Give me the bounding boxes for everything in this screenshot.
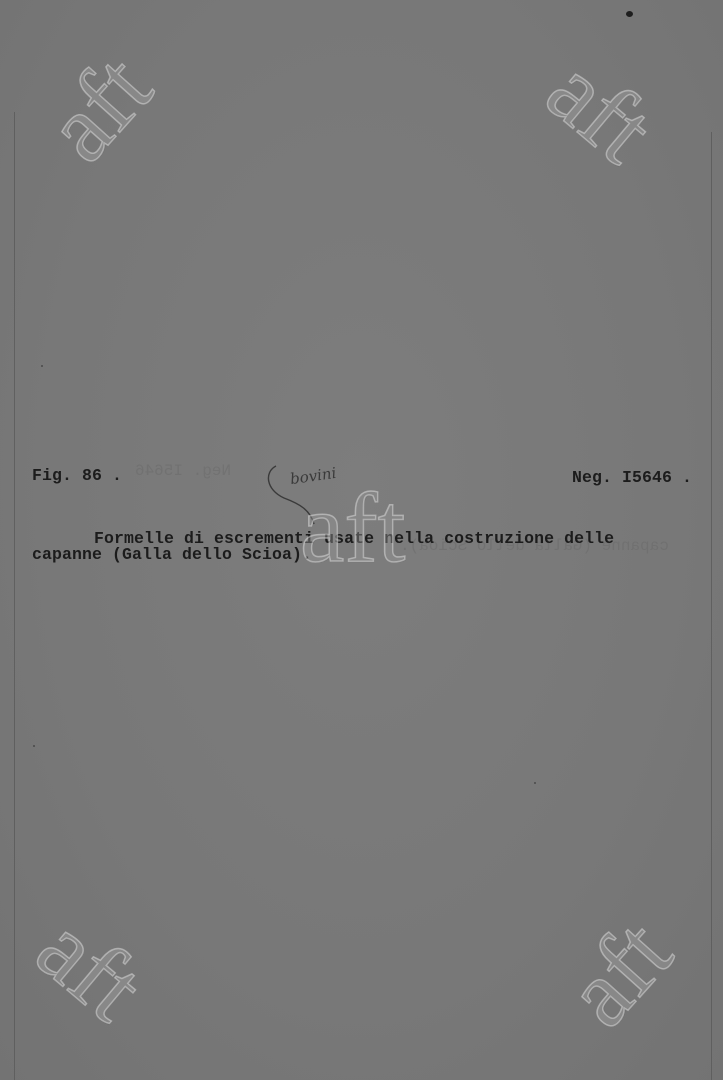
figure-label: Fig. 86 .: [32, 466, 122, 485]
right-card-edge: [711, 132, 712, 1080]
dust-speck: [33, 745, 35, 747]
dust-speck: [534, 782, 536, 784]
watermark: aft: [531, 41, 670, 180]
watermark: aft: [29, 38, 168, 177]
dust-speck: [41, 365, 43, 367]
archival-photo-card: capanne (Galla dello Scioa). Neg. I5646 …: [0, 0, 723, 1080]
dust-speck: [626, 11, 633, 17]
watermark: aft: [21, 899, 160, 1038]
negative-number: Neg. I5646 .: [572, 468, 692, 487]
left-card-edge: [14, 112, 15, 1080]
caption-line-2: capanne (Galla dello Scioa).: [32, 545, 312, 564]
bleed-through-text: Neg. I5646: [135, 462, 231, 480]
watermark: aft: [549, 903, 688, 1042]
watermark: aft: [300, 478, 405, 578]
